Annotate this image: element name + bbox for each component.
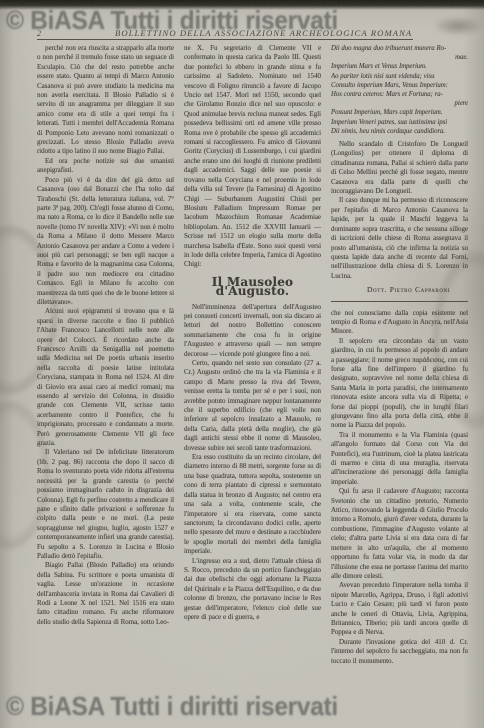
text-columns: perché non era riuscita a strapparlo all…: [37, 44, 470, 694]
verse-line: Dii nimis, heu nimis cordaque candidiora…: [331, 127, 468, 136]
article-text-block: perché non era riuscita a strapparlo all…: [37, 44, 174, 627]
scanned-journal-page: © BiASA Tutti i diritti riservati 2 BOLL…: [0, 0, 484, 728]
column-left: perché non era riuscita a strapparlo all…: [37, 44, 174, 694]
paragraph: Biagio Pallai (Blosio Palladio) era oriu…: [37, 561, 174, 627]
paragraph: Nell'imminenza dell'apertura dell'August…: [184, 303, 321, 359]
section-divider: [331, 301, 468, 302]
paragraph: Nello scandalo di Cristoforo De Longueil…: [331, 140, 468, 196]
paragraph: Tra il monumento e la Via Flaminia (quas…: [331, 431, 468, 487]
article-title: Il Mausoleo d'Augusto.: [184, 278, 321, 297]
paragraph: Durante l'invasione gotica del 410 d. Cr…: [331, 638, 468, 666]
paragraph: Il caso dunque mi ha permesso di riconos…: [331, 196, 468, 281]
verse-line: Imperium Veneri patres, sua iustissima i…: [331, 118, 468, 127]
paragraph: Poco più vi è da dire del già detto sul …: [37, 176, 174, 308]
verse-line: Ao pariter lotis nisi sunt videnda; visu: [331, 72, 468, 81]
verse-line: Dii duo magna duo tribuerunt munera Ro-: [331, 44, 468, 53]
verse-line: Imperium Mars et Venus Imperium.: [331, 62, 468, 71]
paragraph: Avevan preceduto l'imperatore nella tomb…: [331, 581, 468, 637]
article-text-block: che noi conosciamo dalla copia esistente…: [331, 309, 468, 666]
paragraph: perché non era riuscita a strapparlo all…: [37, 44, 174, 157]
verse-line: Possunt Imperium, Mars capit Imperium.: [331, 108, 468, 117]
paragraph: Certo, quando nel sesto suo consolato (2…: [184, 359, 321, 453]
paragraph: che noi conosciamo dalla copia esistente…: [331, 309, 468, 337]
paragraph: Alcuni suoi epigrammi si trovano qua e l…: [37, 307, 174, 448]
paragraph: Qui fu arso il cadavere d'Augusto; racco…: [331, 487, 468, 581]
column-middle: ne X. Fu segretario di Clemente VII e co…: [184, 44, 321, 694]
paragraph: Era esso costituito da un recinto circol…: [184, 453, 321, 556]
article-text-block: Nell'imminenza dell'apertura dell'August…: [184, 303, 321, 623]
watermark-bottom: © BiASA Tutti i diritti riservati: [6, 691, 455, 722]
author-signature: Dott. Pietro Capparoni: [349, 285, 468, 294]
article-text-block: ne X. Fu segretario di Clemente VII e co…: [184, 44, 321, 270]
column-right: Dii duo magna duo tribuerunt munera Ro-m…: [331, 44, 468, 694]
paragraph: Ed ora poche notizie sui due umanisti an…: [37, 157, 174, 176]
article-text-block: Nello scandalo di Cristoforo De Longueil…: [331, 140, 468, 281]
verse-line: Consulto imperium Mars, Venus Imperium:: [331, 81, 468, 90]
latin-verse: Dii duo magna duo tribuerunt munera Ro-m…: [331, 44, 468, 136]
paragraph: Il sepolcro era circondato da un vasto g…: [331, 337, 468, 431]
verse-line: piere: [331, 99, 468, 108]
paragraph: Il Valeriano nel De infelicitate littera…: [37, 448, 174, 561]
verse-line: Hos contra ceteros: Mars et Fortuna; ra-: [331, 90, 468, 99]
paragraph: ne X. Fu segretario di Clemente VII e co…: [184, 44, 321, 270]
watermark-top: © BiASA Tutti i diritti riservati: [6, 5, 455, 36]
verse-line: mae.: [331, 53, 468, 62]
paragraph: L'ingresso era a sud, dietro l'attuale c…: [184, 557, 321, 623]
